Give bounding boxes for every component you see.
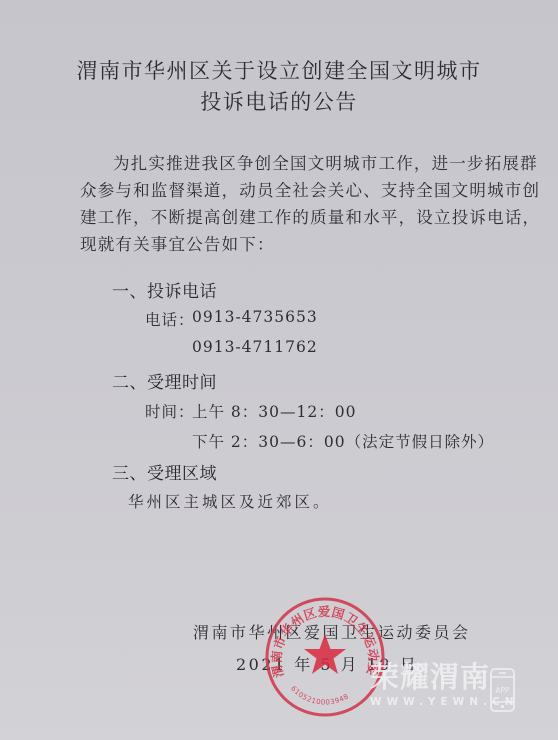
section-heading-complaint-phone: 一、投诉电话	[112, 277, 217, 302]
intro-line-4: 现就有关事宜公告如下：	[80, 231, 275, 255]
intro-line-1: 为扎实推进我区争创全国文明城市工作，进一步拓展群	[113, 150, 538, 174]
intro-line-3: 建工作，不断提高创建工作的质量和水平，设立投诉电话，	[80, 204, 540, 228]
svg-text:6105210003948: 6105210003948	[289, 684, 350, 706]
svg-text:渭南市华州区爱国卫生运动委员会: 渭南市华州区爱国卫生运动委员会	[264, 596, 381, 680]
seal-star-icon	[304, 634, 346, 674]
notice-document: 渭南市华州区关于设立创建全国文明城市 投诉电话的公告 为扎实推进我区争创全国文明…	[0, 0, 558, 740]
hours-label: 时间：	[145, 400, 195, 422]
hours-morning: 上午 8：30—12：00	[192, 400, 356, 422]
hours-afternoon: 下午 2：30—6：00（法定节假日除外）	[192, 430, 494, 452]
phone-app-icon: APP	[490, 668, 515, 712]
area-text: 华州区主城区及近郊区。	[128, 490, 332, 512]
phone-number-1: 0913-4735653	[192, 308, 318, 326]
intro-line-2: 众参与和监督渠道，动员全社会关心、支持全国文明城市创	[80, 177, 540, 201]
document-title-line2: 投诉电话的公告	[0, 86, 558, 116]
official-seal-icon: 渭南市华州区爱国卫生运动委员会 6105210003948	[264, 596, 386, 718]
phone-number-2: 0913-4711762	[192, 338, 318, 356]
app-label: APP	[495, 686, 510, 695]
seal-arc-text: 渭南市华州区爱国卫生运动委员会	[264, 596, 381, 680]
seal-code: 6105210003948	[289, 684, 350, 706]
section-heading-hours: 二、受理时间	[112, 368, 217, 393]
section-heading-area: 三、受理区域	[112, 459, 217, 484]
document-title-line1: 渭南市华州区关于设立创建全国文明城市	[0, 55, 558, 85]
phone-label: 电话：	[145, 308, 195, 330]
